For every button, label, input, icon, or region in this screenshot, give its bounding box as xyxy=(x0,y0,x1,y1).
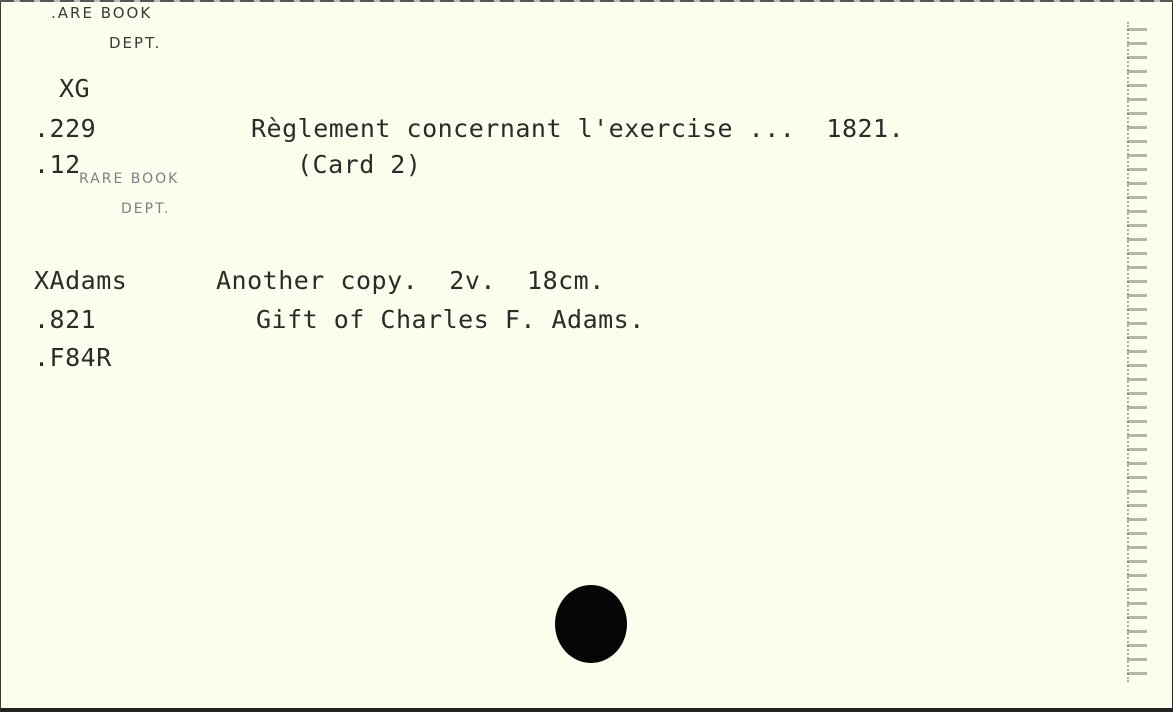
call-number-2-line-1: XAdams xyxy=(34,268,127,293)
rare-book-stamp-mid: RARE BOOK xyxy=(79,172,179,186)
catalog-card: .ARE BOOK DEPT. XG .229 .12 Règlement co… xyxy=(0,2,1172,711)
call-number-line-3: .12 xyxy=(34,152,81,177)
card-number-note: (Card 2) xyxy=(297,152,421,177)
rare-book-stamp-top: .ARE BOOK xyxy=(51,6,152,21)
dept-stamp-top: DEPT. xyxy=(109,36,161,51)
call-number-line-2: .229 xyxy=(34,116,96,141)
dept-stamp-mid: DEPT. xyxy=(121,202,170,216)
call-number-2-line-3: .F84R xyxy=(34,345,112,370)
call-number-line-1: XG xyxy=(59,76,90,101)
title-line: Règlement concernant l'exercise ... 1821… xyxy=(251,116,904,141)
punch-hole xyxy=(555,585,627,663)
gift-note: Gift of Charles F. Adams. xyxy=(256,307,645,332)
call-number-2-line-2: .821 xyxy=(34,307,96,332)
copy-description: Another copy. 2v. 18cm. xyxy=(216,268,605,293)
card-right-edge-marks xyxy=(1127,22,1147,682)
